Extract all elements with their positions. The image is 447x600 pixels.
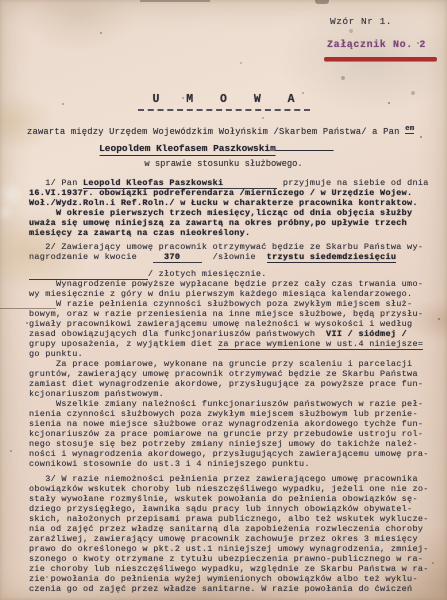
text-segment: cownikowi stosownie do ust.3 i 4 niniejs… — [29, 459, 310, 469]
text-line: 2/ Zawierający umowę pracownik otrzymywa… — [29, 242, 443, 252]
text-segment: uważa się umowę niniejszą za zawartą na … — [29, 218, 407, 228]
text-line: nagrodzenie w kwocie 370 /słownie trzyst… — [29, 252, 443, 262]
text-segment: 370 — [164, 252, 180, 263]
text-line: giwały pracownikowi zawierającemu umowę … — [29, 319, 443, 329]
text-segment: nienia czynności służbowych poza zwykłym… — [29, 409, 418, 419]
text-line: Woł./Wydz.Roln.i Ref.Roln./ w Łucku w ch… — [29, 198, 443, 208]
text-line: go punktu. — [29, 349, 443, 359]
text-line: 1/ Pan Leopold Kleofas Paszkowski przyjm… — [29, 178, 443, 188]
intro-text: zawarta między Urzędem Wojewódzkim Wołyń… — [27, 127, 400, 137]
intro-line: zawarta między Urzędem Wojewódzkim Wołyń… — [27, 125, 414, 137]
text-line: nego stosuje się bez potrzeby zmiany nin… — [29, 439, 443, 449]
text-line: 3/ W razie niemożności pełnienia przez z… — [29, 474, 443, 484]
text-segment: prawo do określonego w pkt.2 ust.1 ninie… — [29, 544, 429, 554]
party-name-blank-underline — [276, 141, 334, 151]
document-title: U M O W A — [0, 93, 447, 106]
text-segment: ności i wynagrodzenia akordowego, przysł… — [29, 449, 429, 459]
title-dashed-underline — [138, 109, 310, 111]
text-line: zaraźliwej, zawierający umowę pracownik … — [29, 534, 443, 544]
text-line: gruntów, zawierający umowę pracownik otr… — [29, 369, 443, 379]
text-segment: /słownie — [202, 252, 267, 262]
text-line: wy miesięcznie z góry w dniu pierwszym k… — [29, 289, 443, 299]
text-segment: / złotych miesięcznie. — [148, 269, 267, 279]
text-segment: 16.VI.1937r. obowiązki podreferendarza /… — [29, 188, 412, 198]
text-segment: za prace wymienione w ust.4 niniejsze= — [218, 339, 423, 350]
text-segment: Wszelkie zmiany należności funkcjonarius… — [29, 399, 423, 409]
text-segment: czenia go od zajęć przez władze sanitarn… — [29, 584, 412, 594]
attachment-stamp: Załącznik No. 2 — [327, 40, 426, 51]
scanned-contract-page: Wzór Nr 1. Załącznik No. 2 U M O W A zaw… — [0, 0, 447, 600]
text-line: kcjonariuszów za prace pomiarowe na grun… — [29, 429, 443, 439]
text-segment: trzystu siedemdziesięciu — [267, 252, 397, 263]
text-segment: obowiązków wskutek choroby lub nieszczęś… — [29, 484, 429, 494]
text-segment: dziego przysięgłego, ławnika sądu pracy … — [29, 504, 412, 514]
text-segment: 2/ Zawierający umowę pracownik otrzymywa… — [29, 242, 423, 252]
text-segment: nia od zajęć przez władzę sanitarną dla … — [29, 524, 423, 534]
text-segment: 1/ Pan — [29, 178, 83, 188]
intro-superscript: em — [405, 125, 414, 134]
text-segment: wy miesięcznie z góry w dniu pierwszym k… — [29, 289, 412, 299]
text-segment: bowym, oraz w razie przeniesienia na inn… — [29, 309, 423, 319]
text-segment — [180, 252, 202, 263]
text-segment: grupy uposażenia, z wyjątkiem diet — [29, 339, 218, 349]
text-line: czenia go od zajęć przez władze sanitarn… — [29, 584, 443, 594]
text-segment: W razie pełnienia czynności służbowych p… — [29, 299, 412, 309]
document-body: 1/ Pan Leopold Kleofas Paszkowski przyjm… — [29, 178, 443, 594]
text-line: Wynagrodzenie powyższe wypłacane będzie … — [29, 279, 443, 289]
text-line: zie powołania do pełnienia wyżej wymieni… — [29, 574, 443, 584]
stamp-red-underline — [324, 57, 437, 61]
text-segment: zasad obowiązujących dla funkcjonariuszó… — [29, 329, 326, 339]
text-line: cownikowi stosownie do ust.3 i 4 niniejs… — [29, 459, 443, 469]
form-number-label: Wzór Nr 1. — [330, 16, 392, 27]
text-segment: 3/ W razie niemożności pełnienia przez z… — [29, 474, 418, 484]
top-edge-smudge — [140, 0, 210, 2]
text-segment: VII / siódmej / — [326, 329, 407, 339]
text-segment: zie powołania do pełnienia wyżej wymieni… — [29, 574, 418, 584]
text-segment: szonego o kwoty otrzymane z tytułu ubezp… — [29, 554, 423, 564]
text-segment: go punktu. — [29, 349, 83, 359]
text-line: bowym, oraz w razie przeniesienia na inn… — [29, 309, 443, 319]
text-segment: kcjonariuszom państwowym. — [29, 389, 164, 399]
text-segment: kcjonariuszów za prace pomiarowe na grun… — [29, 429, 423, 439]
text-line: zasad obowiązujących dla funkcjonariuszó… — [29, 329, 443, 339]
text-segment: nego stosuje się bez potrzeby zmiany nin… — [29, 439, 418, 449]
text-line: kcjonariuszom państwowym. — [29, 389, 443, 399]
text-line: stały wywołane rozmyślnie, wskutek powoł… — [29, 494, 443, 504]
paper-specks — [0, 0, 2, 2]
text-segment: przyjmuje na siebie od dnia — [277, 178, 428, 188]
text-line: uważa się umowę niniejszą za zawartą na … — [29, 218, 443, 228]
text-line: skich, nałożonych przepisami prawa publi… — [29, 514, 443, 524]
text-segment — [153, 252, 164, 263]
text-line: Za prace pomiarowe, wykonane na gruncie … — [29, 359, 443, 369]
text-line: / złotych miesięcznie. — [29, 269, 443, 279]
text-segment: skich, nałożonych przepisami prawa publi… — [29, 514, 429, 524]
text-segment: W okresie pierwszych trzech miesięcy,lic… — [29, 208, 412, 218]
text-segment: sienia na nowe miejsce służbowe oraz wyn… — [29, 419, 423, 429]
party-name: Leopoldem Kleofasem Paszkowskim — [99, 143, 276, 156]
text-segment: miesięcy za zawartą na czas nieokreślony… — [29, 228, 250, 238]
text-line: dziego przysięgłego, ławnika sądu pracy … — [29, 504, 443, 514]
text-line: grupy uposażenia, z wyjątkiem diet za pr… — [29, 339, 443, 349]
text-segment: gruntów, zawierający umowę pracownik otr… — [29, 369, 418, 379]
text-segment: giwały pracownikowi zawierającemu umowę … — [29, 319, 412, 329]
top-edge-smudge — [315, 0, 329, 4]
text-line: W okresie pierwszych trzech miesięcy,lic… — [29, 208, 443, 218]
text-line: szonego o kwoty otrzymane z tytułu ubezp… — [29, 554, 443, 564]
text-line: ności i wynagrodzenia akordowego, przysł… — [29, 449, 443, 459]
text-segment: nagrodzenie w kwocie — [29, 252, 153, 262]
text-line: zamiast diet wynagrodzenie akordowe, prz… — [29, 379, 443, 389]
text-segment: zaraźliwej, zawierający umowę pracownik … — [29, 534, 418, 544]
text-segment: zie choroby lub nieszczęśliwego wypadku,… — [29, 564, 429, 574]
text-line: prawo do określonego w pkt.2 ust.1 ninie… — [29, 544, 443, 554]
text-line: nienia czynności służbowych poza zwykłym… — [29, 409, 443, 419]
party-name-line: Leopoldem Kleofasem Paszkowskim — [99, 141, 334, 154]
text-segment: stały wywołane rozmyślnie, wskutek powoł… — [29, 494, 418, 504]
text-line: sienia na nowe miejsce służbowe oraz wyn… — [29, 419, 443, 429]
text-line: zie choroby lub nieszczęśliwego wypadku,… — [29, 564, 443, 574]
text-line: miesięcy za zawartą na czas nieokreślony… — [29, 228, 443, 238]
text-line: nia od zajęć przez władzę sanitarną dla … — [29, 524, 443, 534]
text-segment: Wynagrodzenie powyższe wypłacane będzie … — [29, 279, 423, 289]
text-line: W razie pełnienia czynności służbowych p… — [29, 299, 443, 309]
text-segment: Za prace pomiarowe, wykonane na gruncie … — [29, 359, 412, 369]
text-line: obowiązków wskutek choroby lub nieszczęś… — [29, 484, 443, 494]
text-line: 16.VI.1937r. obowiązki podreferendarza /… — [29, 188, 443, 198]
text-line: Wszelkie zmiany należności funkcjonarius… — [29, 399, 443, 409]
text-segment: zamiast diet wynagrodzenie akordowe, prz… — [29, 379, 423, 389]
subject-line: w sprawie stosunku służbowego. — [0, 159, 447, 169]
text-segment: Woł./Wydz.Roln.i Ref.Roln./ w Łucku w ch… — [29, 198, 418, 208]
